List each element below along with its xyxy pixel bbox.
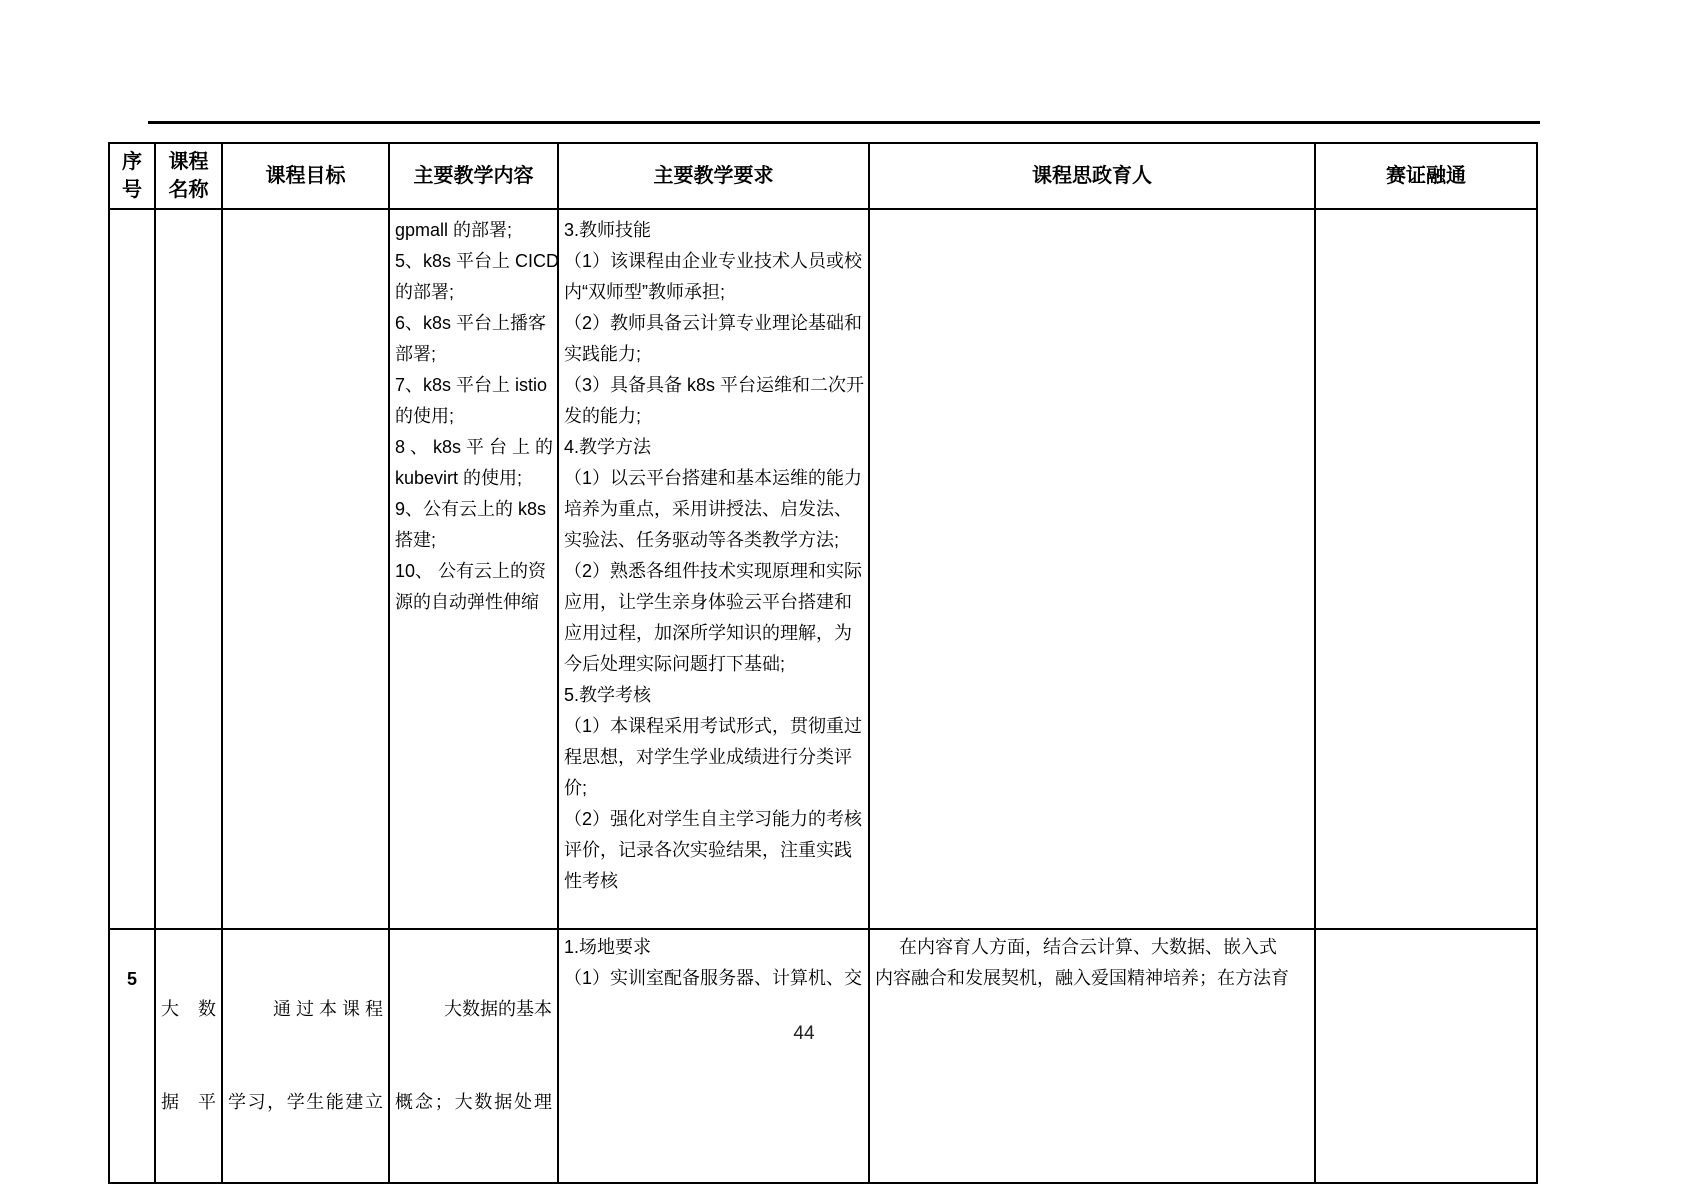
header-index: 序 号	[109, 143, 155, 209]
cell-row5-teaching-content: 大数据的基本 概念；大数据处理	[389, 929, 558, 1183]
cell-cont-course-name	[155, 209, 222, 929]
header-ideology: 课程思政育人	[869, 143, 1315, 209]
cell-row5-teaching-requirements: 1.场地要求 （1）实训室配备服务器、计算机、交	[558, 929, 869, 1183]
header-teaching-requirements: 主要教学要求	[558, 143, 869, 209]
header-teaching-content: 主要教学内容	[389, 143, 558, 209]
header-certification: 赛证融通	[1315, 143, 1537, 209]
cell-row5-course-goal: 通 过 本 课 程 学习，学生能建立	[222, 929, 389, 1183]
cell-row5-ideology: 在内容育人方面，结合云计算、大数据、嵌入式 内容融合和发展契机，融入爱国精神培养…	[869, 929, 1315, 1183]
table-header-row: 序 号 课程 名称 课程目标 主要教学内容 主要教学要求 课程思政育人 赛证融通	[109, 143, 1537, 209]
course-goal-line1: 通 过 本 课 程	[228, 994, 383, 1025]
cell-row5-certification	[1315, 929, 1537, 1183]
header-course-goal: 课程目标	[222, 143, 389, 209]
course-name-line1: 大 数	[161, 994, 216, 1025]
table-row-continued: gpmall 的部署; 5、k8s 平台上 CICD 的部署; 6、k8s 平台…	[109, 209, 1537, 929]
course-name-line2: 据 平	[161, 1087, 216, 1118]
page-top-rule	[148, 121, 1540, 124]
cell-cont-ideology	[869, 209, 1315, 929]
table-row-5: 5 大 数 据 平 通 过 本 课 程 学习，学生能建立 大数据的基本 概念；大…	[109, 929, 1537, 1183]
course-goal-line2: 学习，学生能建立	[228, 1087, 383, 1118]
cell-cont-index	[109, 209, 155, 929]
cell-row5-course-name: 大 数 据 平	[155, 929, 222, 1183]
cell-cont-course-goal	[222, 209, 389, 929]
header-course-name: 课程 名称	[155, 143, 222, 209]
teaching-content-line1: 大数据的基本	[395, 994, 552, 1025]
page-number: 44	[108, 1022, 1500, 1046]
cell-row5-index: 5	[109, 929, 155, 1183]
teaching-content-line2: 概念；大数据处理	[395, 1087, 552, 1118]
cell-cont-certification	[1315, 209, 1537, 929]
cell-cont-teaching-requirements: 3.教师技能 （1）该课程由企业专业技术人员或校 内“双师型”教师承担; （2）…	[558, 209, 869, 929]
cell-cont-teaching-content: gpmall 的部署; 5、k8s 平台上 CICD 的部署; 6、k8s 平台…	[389, 209, 558, 929]
